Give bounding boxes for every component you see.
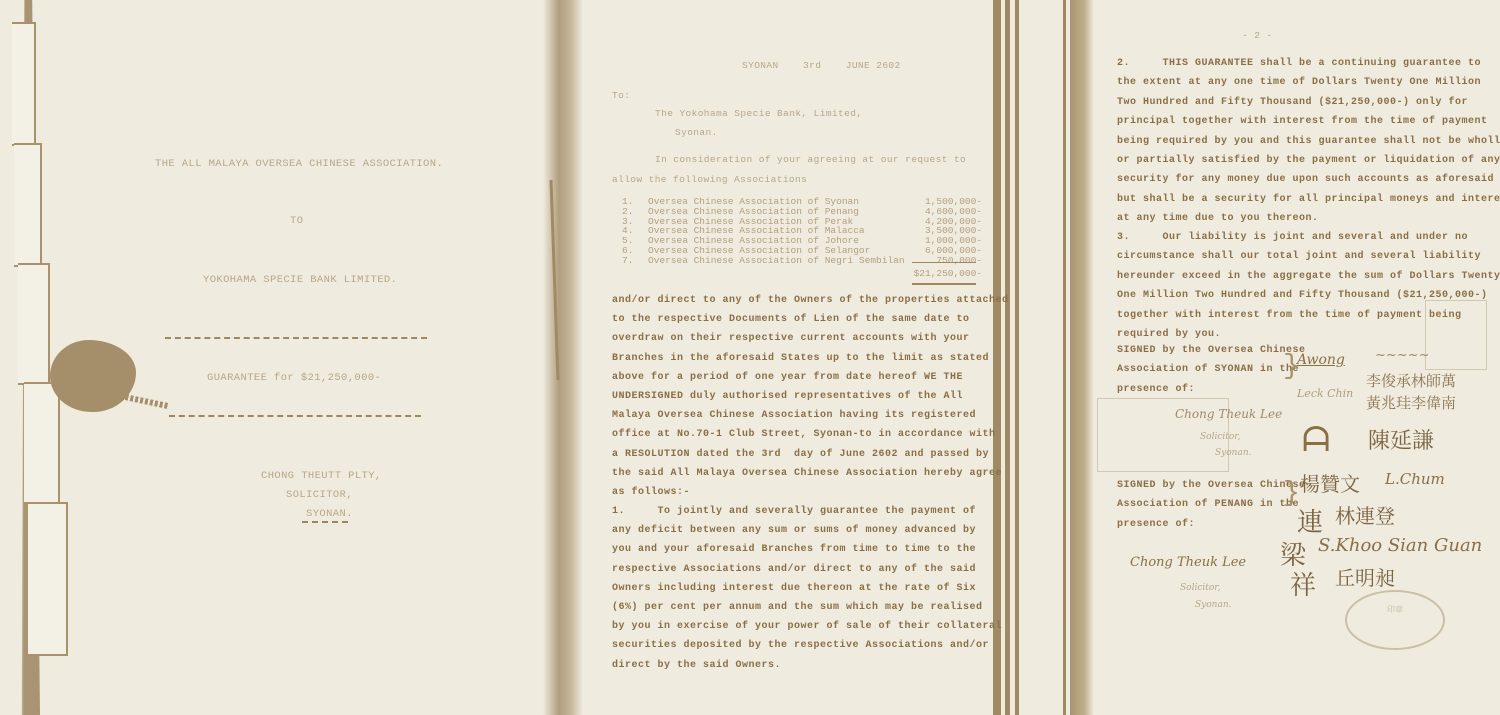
- text-line: Malaya Oversea Chinese Association havin…: [612, 410, 976, 421]
- page-edge: [1015, 0, 1019, 715]
- witness-signature: Chong Theuk Lee: [1130, 555, 1246, 570]
- signature-cjk: 林連登: [1335, 500, 1395, 529]
- text-line: the extent at any one time of Dollars Tw…: [1117, 77, 1481, 88]
- text-line: Branches in the aforesaid States up to t…: [612, 353, 989, 364]
- text-line: Association of PENANG in the: [1117, 499, 1299, 510]
- signature-cjk: 丘明昶: [1335, 562, 1395, 591]
- signature: Awong: [1297, 352, 1345, 368]
- page-edge: [993, 0, 1001, 715]
- text-line: direct by the said Owners.: [612, 660, 781, 671]
- text-line: at any time due to you thereon.: [1117, 213, 1319, 224]
- signature: ~~~~~: [1375, 348, 1429, 363]
- text-line: to the respective Documents of Lien of t…: [612, 314, 970, 325]
- text-line: above for a period of one year from date…: [612, 372, 963, 383]
- text-line: (6%) per cent per annum and the sum whic…: [612, 602, 983, 613]
- text-line: you and your aforesaid Branches from tim…: [612, 544, 976, 555]
- association-row: 7.Oversea Chinese Association of Negri S…: [622, 255, 982, 266]
- text-line: any deficit between any sum or sums of m…: [612, 525, 976, 536]
- signature-cjk: 祥: [1290, 565, 1316, 602]
- witness-role: Solicitor,: [1200, 432, 1240, 442]
- signature-mark: ᗩ: [1302, 420, 1330, 460]
- cover-from-party: THE ALL MALAYA OVERSEA CHINESE ASSOCIATI…: [155, 158, 443, 170]
- text-line: securities deposited by the respective A…: [612, 640, 989, 651]
- signature: S.Khoo Sian Guan: [1318, 535, 1482, 556]
- wax-seal: [50, 340, 136, 412]
- cover-to-party: YOKOHAMA SPECIE BANK LIMITED.: [203, 274, 397, 286]
- text-line: 2. THIS GUARANTEE shall be a continuing …: [1117, 58, 1481, 69]
- letter-salutation: To:: [612, 90, 630, 101]
- association-number: 7.: [622, 255, 648, 266]
- text-line: 3. Our liability is joint and several an…: [1117, 232, 1468, 243]
- signature-cjk: 楊贊文: [1300, 468, 1360, 497]
- page-edge: [1005, 0, 1010, 715]
- text-line: Association of SYONAN in the: [1117, 364, 1299, 375]
- witness-city: Syonan.: [1215, 448, 1252, 458]
- text-line: office at No.70-1 Club Street, Syonan-to…: [612, 429, 996, 440]
- dashed-rule: [169, 415, 421, 417]
- letter-intro: allow the following Associations: [612, 174, 807, 185]
- solicitor-role: SOLICITOR,: [286, 489, 353, 501]
- signature-cjk: 李俊承林師萬: [1366, 370, 1456, 391]
- text-line: by you in exercise of your power of sale…: [612, 621, 1002, 632]
- page-edge: [1063, 0, 1066, 715]
- text-line: overdraw on their respective current acc…: [612, 333, 970, 344]
- witness-city: Syonan.: [1195, 600, 1232, 610]
- text-line: being required by you and this guarantee…: [1117, 136, 1500, 147]
- text-line: SIGNED by the Oversea Chinese: [1117, 345, 1306, 356]
- binding-strip: [14, 143, 42, 267]
- dashed-rule: [165, 337, 427, 339]
- text-line: SIGNED by the Oversea Chinese: [1117, 480, 1306, 491]
- letter-dateline: SYONAN 3rd JUNE 2602: [742, 60, 901, 71]
- text-line: circumstance shall our total joint and s…: [1117, 251, 1481, 262]
- signature: L.Chum: [1385, 470, 1445, 488]
- seal-ribbon: [120, 393, 168, 409]
- text-line: Two Hundred and Fifty Thousand ($21,250,…: [1117, 97, 1468, 108]
- text-line: One Million Two Hundred and Fifty Thousa…: [1117, 290, 1488, 301]
- page-number: - 2 -: [1242, 30, 1273, 41]
- witness-role: Solicitor,: [1180, 583, 1220, 593]
- text-line: and/or direct to any of the Owners of th…: [612, 295, 1009, 306]
- association-amount: 750,000-: [936, 255, 982, 266]
- text-line: security for any money due upon such acc…: [1117, 174, 1494, 185]
- association-name: Oversea Chinese Association of Negri Sem…: [648, 255, 905, 266]
- text-line: hereunder exceed in the aggregate the su…: [1117, 271, 1500, 282]
- solicitor-firm: CHONG THEUTT PLTY,: [261, 470, 382, 482]
- letter-addressee: The Yokohama Specie Bank, Limited,: [655, 108, 862, 119]
- text-line: principal together with interest from th…: [1117, 116, 1488, 127]
- binding-strip: [12, 22, 36, 146]
- text-line: but shall be a security for all principa…: [1117, 194, 1500, 205]
- association-total: $21,250,000-: [914, 268, 982, 279]
- binding-strip: [24, 382, 60, 504]
- subtotal-underline: [912, 262, 976, 263]
- text-line: together with interest from the time of …: [1117, 310, 1462, 321]
- witness-signature: Chong Theuk Lee: [1175, 407, 1282, 421]
- text-line: UNDERSIGNED duly authorised representati…: [612, 391, 963, 402]
- text-line: the said All Malaya Oversea Chinese Asso…: [612, 468, 1002, 479]
- signature-cjk: 連: [1297, 502, 1323, 539]
- dashed-rule: [302, 521, 348, 523]
- signature-cjk: 黃兆珪李偉南: [1366, 392, 1456, 413]
- page-cover: THE ALL MALAYA OVERSEA CHINESE ASSOCIATI…: [0, 0, 515, 715]
- letter-intro: In consideration of your agreeing at our…: [655, 154, 966, 165]
- text-line: a RESOLUTION dated the 3rd day of June 2…: [612, 449, 989, 460]
- text-line: 1. To jointly and severally guarantee th…: [612, 506, 976, 517]
- solicitor-city: SYONAN.: [306, 508, 353, 520]
- text-line: as follows:-: [612, 487, 690, 498]
- text-line: presence of:: [1117, 384, 1195, 395]
- official-stamp: 印章: [1345, 590, 1445, 650]
- letter-addressee-city: Syonan.: [675, 127, 718, 138]
- signature: Leck Chin: [1297, 387, 1353, 400]
- text-line: presence of:: [1117, 519, 1195, 530]
- total-underline: [912, 283, 976, 285]
- binding-strip: [18, 263, 50, 385]
- text-line: respective Associations and/or direct to…: [612, 564, 976, 575]
- cover-to-word: TO: [290, 215, 303, 227]
- fold-shadow: [1070, 0, 1094, 715]
- text-line: or partially satisfied by the payment or…: [1117, 155, 1500, 166]
- fold-shadow: [543, 0, 583, 715]
- text-line: required by you.: [1117, 329, 1221, 340]
- signature-cjk: 陳延謙: [1368, 424, 1434, 455]
- cover-title: GUARANTEE for $21,250,000-: [207, 372, 381, 384]
- binding-strip: [28, 502, 68, 656]
- text-line: Owners including interest due thereon at…: [612, 583, 976, 594]
